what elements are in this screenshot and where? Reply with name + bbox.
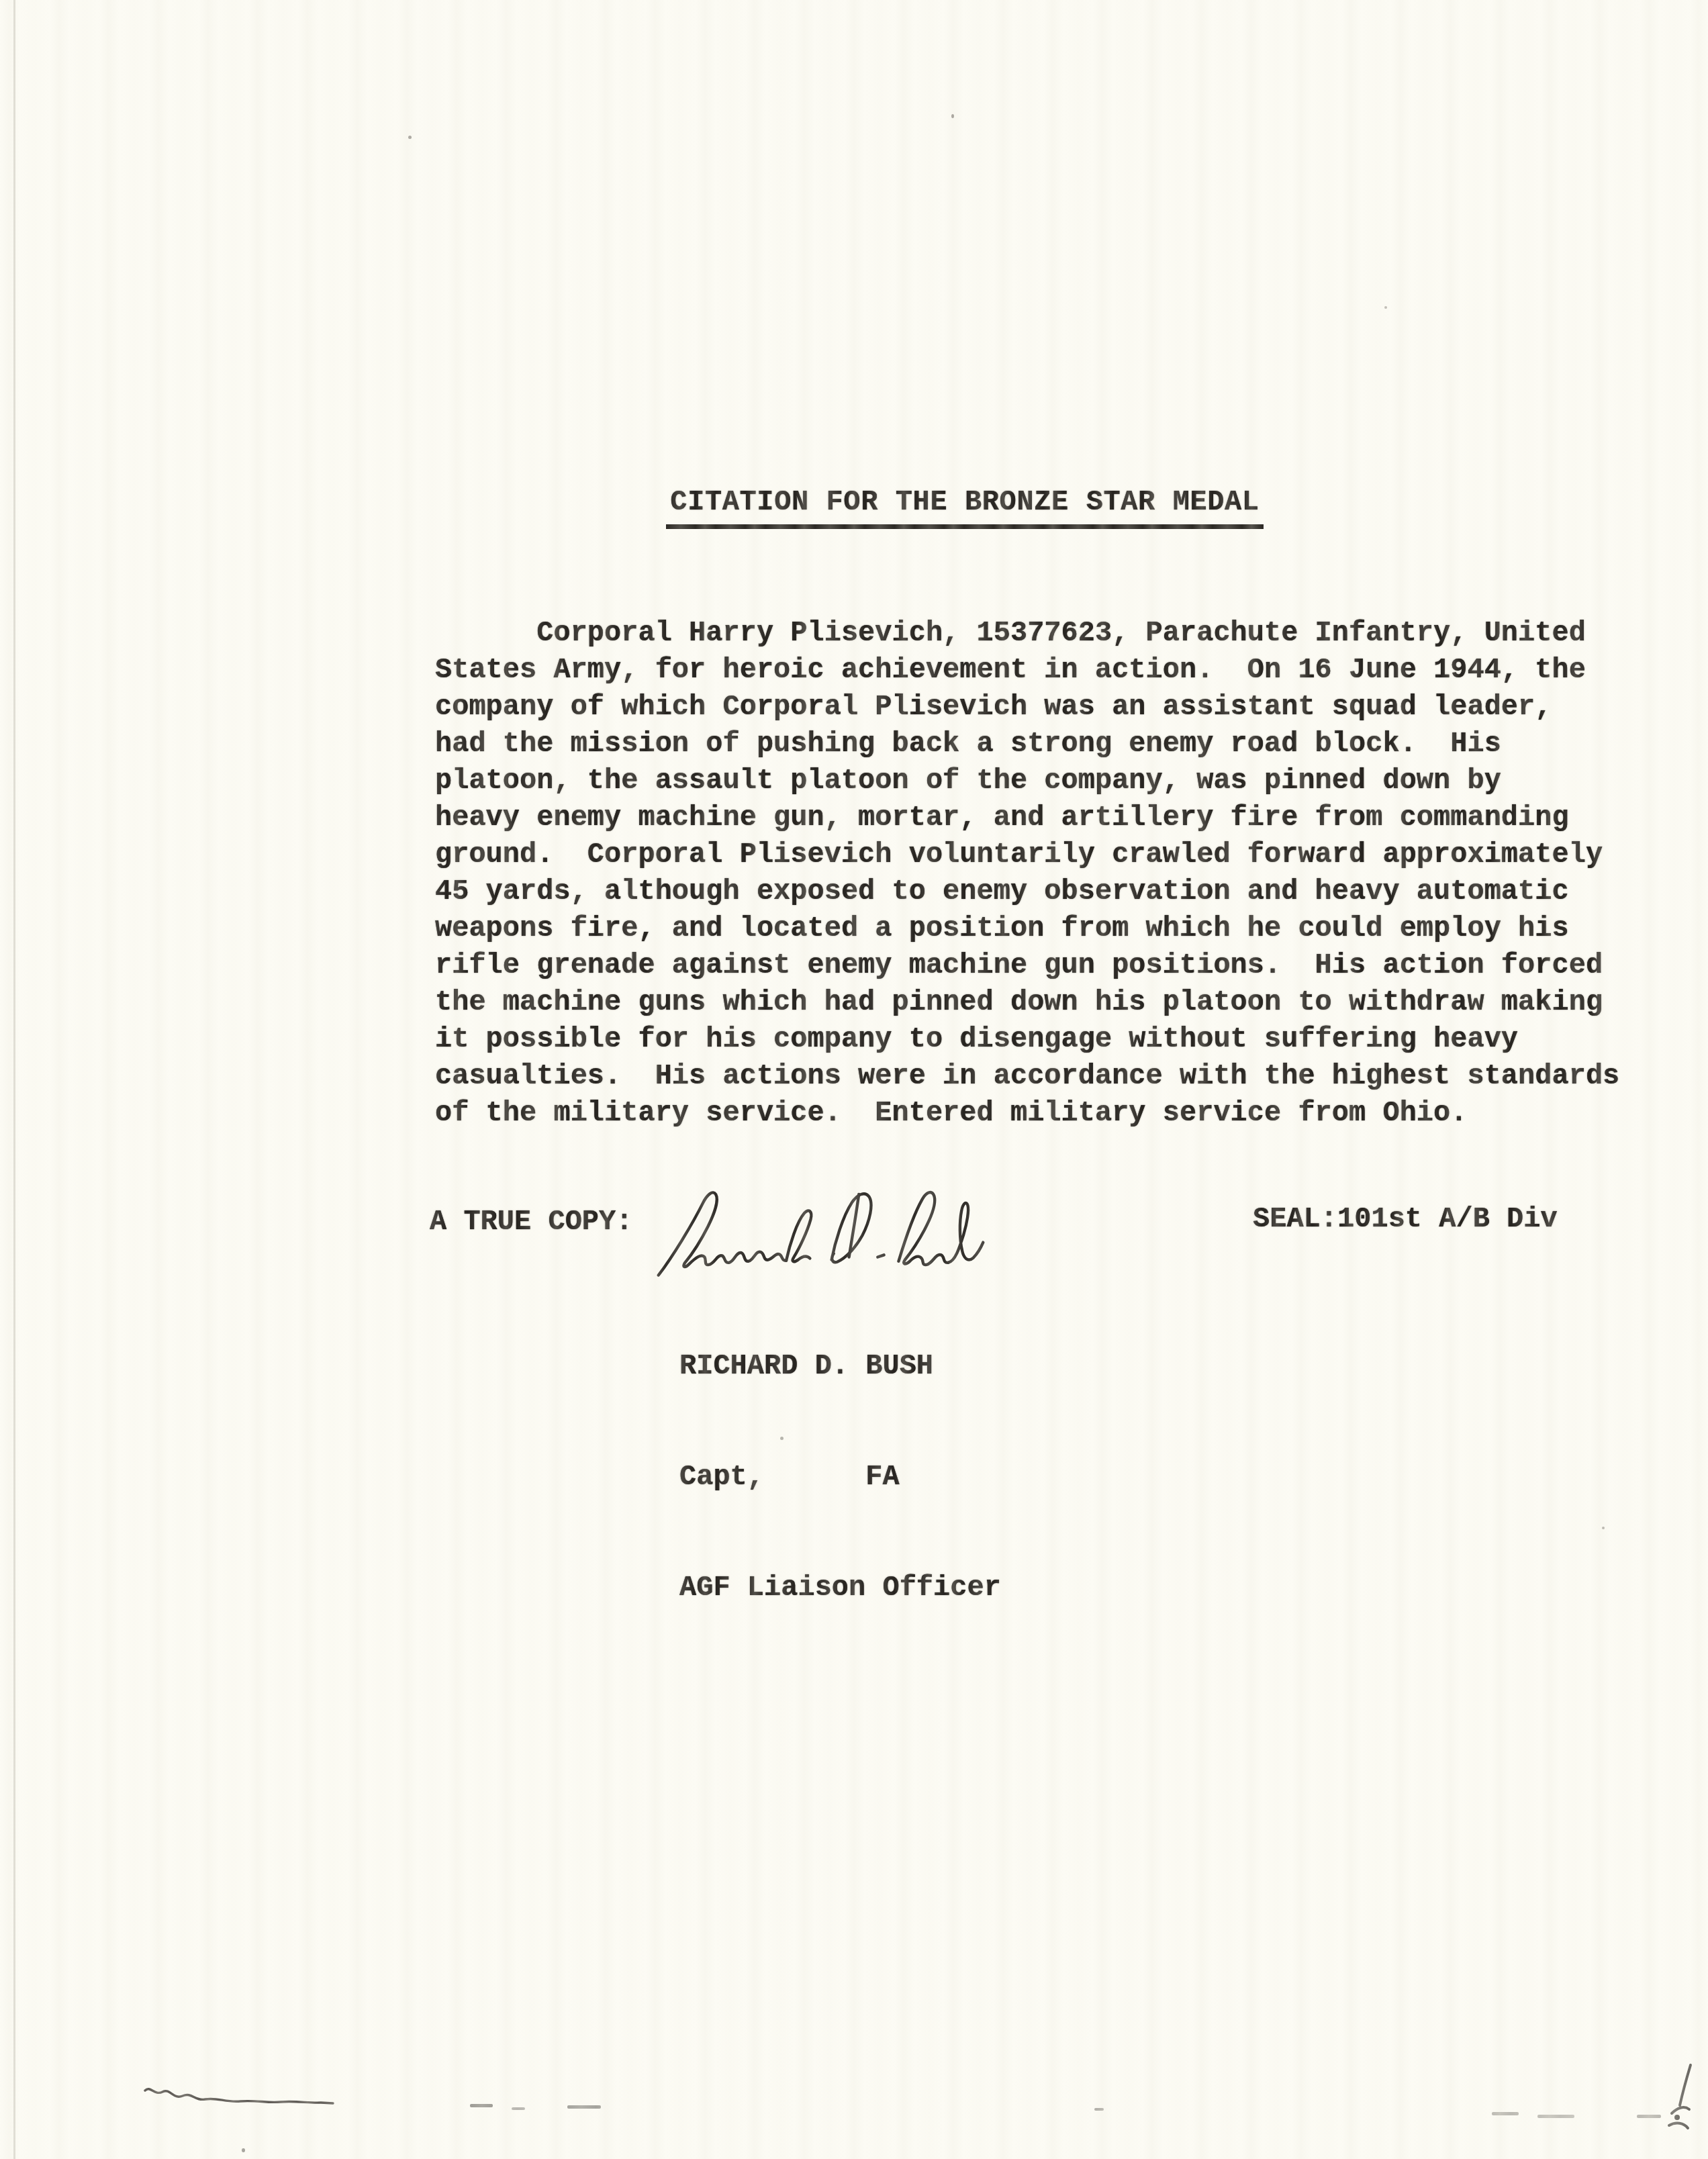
true-copy-label: A TRUE COPY: [430, 1206, 632, 1238]
scan-speck [408, 136, 412, 139]
scan-speck [780, 1437, 784, 1440]
document-title: CITATION FOR THE BRONZE STAR MEDAL [666, 486, 1263, 529]
scan-dash [512, 2107, 525, 2110]
scan-speck [242, 2148, 245, 2152]
scan-speck [1602, 1527, 1605, 1529]
scan-dash [1492, 2112, 1519, 2115]
scan-dash [1094, 2108, 1104, 2111]
scan-speck [1384, 306, 1387, 309]
scan-squiggle-artifact [142, 2082, 337, 2115]
signer-title: AGF Liaison Officer [679, 1570, 1001, 1606]
handwritten-signature [653, 1179, 988, 1284]
scanner-edge-line [13, 0, 15, 2159]
scanned-document-page: CITATION FOR THE BRONZE STAR MEDAL Corpo… [0, 0, 1708, 2159]
citation-body-paragraph: Corporal Harry Plisevich, 15377623, Para… [435, 615, 1619, 1132]
scan-dash [1637, 2115, 1661, 2118]
signer-typed-name: RICHARD D. BUSH [679, 1348, 1001, 1385]
seal-text: SEAL:101st A/B Div [1253, 1203, 1558, 1235]
scan-ink-blot [1664, 2061, 1704, 2135]
signer-rank: Capt, FA [679, 1459, 1001, 1496]
scan-dash [1537, 2115, 1574, 2118]
scan-speck [951, 114, 954, 118]
signature-block: RICHARD D. BUSH Capt, FA AGF Liaison Off… [679, 1274, 1001, 1680]
title-row: CITATION FOR THE BRONZE STAR MEDAL [0, 486, 1708, 529]
scan-dash [567, 2105, 601, 2109]
scan-dash [470, 2104, 493, 2107]
